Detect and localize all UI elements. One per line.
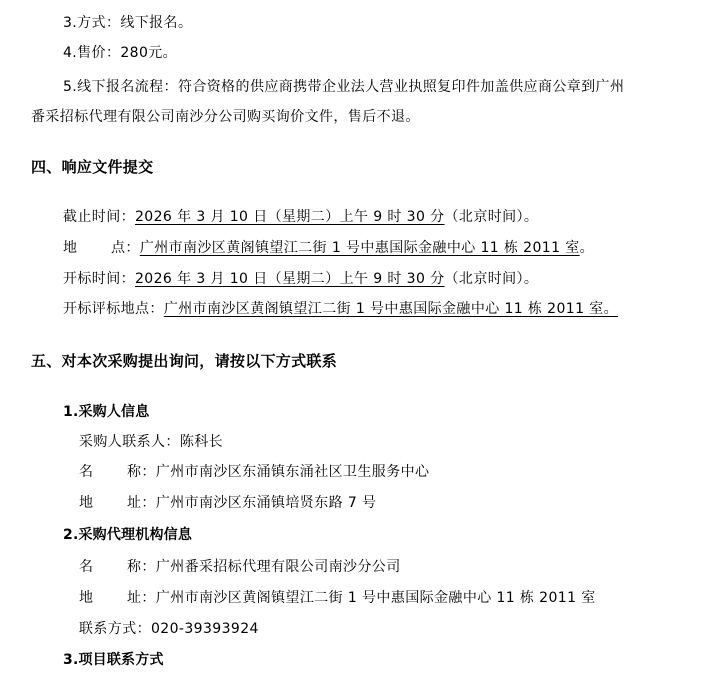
location-label-a: 地 xyxy=(63,239,111,257)
purchaser-name-label-b: 称： xyxy=(127,464,156,480)
agency-address-row: 地址：广州市南沙区黄阁镇望江二街 1 号中惠国际金融中心 11 栋 2011 室 xyxy=(79,589,596,607)
deadline-label: 截止时间： xyxy=(63,209,135,225)
purchaser-name-row: 名称：广州市南沙区东涌镇东涌社区卫生服务中心 xyxy=(79,463,429,481)
opening-time-label: 开标时间： xyxy=(63,271,135,287)
opening-time-row: 开标时间：2026 年 3 月 10 日（星期二）上午 9 时 30 分（北京时… xyxy=(63,270,538,288)
purchaser-address-row: 地址：广州市南沙区东涌镇培贤东路 7 号 xyxy=(79,494,376,512)
agency-name-row: 名称：广州番采招标代理有限公司南沙分公司 xyxy=(79,558,401,576)
deadline-value: 2026 年 3 月 10 日（星期二）上午 9 时 30 分 xyxy=(135,209,445,225)
registration-process-line-2: 番采招标代理有限公司南沙分公司购买询价文件，售后不退。 xyxy=(31,108,420,126)
agency-address-label-b: 址： xyxy=(127,590,156,606)
agency-phone-row: 联系方式：020-39393924 xyxy=(79,620,259,638)
deadline-row: 截止时间：2026 年 3 月 10 日（星期二）上午 9 时 30 分（北京时… xyxy=(63,208,538,226)
section-4-heading: 四、响应文件提交 xyxy=(31,157,153,177)
registration-process-line-1: 5.线下报名流程：符合资格的供应商携带企业法人营业执照复印件加盖供应商公章到广州 xyxy=(63,78,624,96)
purchaser-address-label-a: 地 xyxy=(79,494,127,512)
section-5-heading: 五、对本次采购提出询问，请按以下方式联系 xyxy=(31,351,337,371)
opening-time-value: 2026 年 3 月 10 日（星期二）上午 9 时 30 分 xyxy=(135,271,445,287)
location-row: 地点：广州市南沙区黄阁镇望江二街 1 号中惠国际金融中心 11 栋 2011 室… xyxy=(63,239,594,257)
project-contact-title: 3.项目联系方式 xyxy=(63,651,164,669)
purchaser-name-value: 广州市南沙区东涌镇东涌社区卫生服务中心 xyxy=(156,464,430,480)
purchaser-info-title: 1.采购人信息 xyxy=(63,403,149,421)
evaluation-location-row: 开标评标地点：广州市南沙区黄阁镇望江二街 1 号中惠国际金融中心 11 栋 20… xyxy=(63,300,618,318)
agency-phone-value: 020-39393924 xyxy=(151,621,259,637)
purchaser-contact-row: 采购人联系人：陈科长 xyxy=(79,433,223,451)
opening-time-suffix: （北京时间）。 xyxy=(445,271,539,287)
agency-name-label-b: 称： xyxy=(127,559,156,575)
purchaser-contact-value: 陈科长 xyxy=(180,434,223,450)
location-label-b: 点： xyxy=(111,240,140,256)
agency-phone-label: 联系方式： xyxy=(79,621,151,637)
location-value: 广州市南沙区黄阁镇望江二街 1 号中惠国际金融中心 11 栋 2011 室 xyxy=(140,240,580,256)
deadline-suffix: （北京时间）。 xyxy=(445,209,539,225)
location-suffix: 。 xyxy=(580,240,594,256)
evaluation-location-label: 开标评标地点： xyxy=(63,301,164,317)
purchaser-address-value: 广州市南沙区东涌镇培贤东路 7 号 xyxy=(156,495,377,511)
evaluation-location-value: 广州市南沙区黄阁镇望江二街 1 号中惠国际金融中心 11 栋 2011 室。 xyxy=(164,301,618,317)
sale-method-line: 3.方式：线下报名。 xyxy=(63,14,192,32)
purchaser-name-label-a: 名 xyxy=(79,463,127,481)
agency-name-value: 广州番采招标代理有限公司南沙分公司 xyxy=(156,559,401,575)
purchaser-contact-label: 采购人联系人： xyxy=(79,434,180,450)
agency-info-title: 2.采购代理机构信息 xyxy=(63,526,192,544)
agency-name-label-a: 名 xyxy=(79,558,127,576)
agency-address-label-a: 地 xyxy=(79,589,127,607)
purchaser-address-label-b: 址： xyxy=(127,495,156,511)
sale-price-line: 4.售价：280元。 xyxy=(63,44,177,62)
agency-address-value: 广州市南沙区黄阁镇望江二街 1 号中惠国际金融中心 11 栋 2011 室 xyxy=(156,590,596,606)
